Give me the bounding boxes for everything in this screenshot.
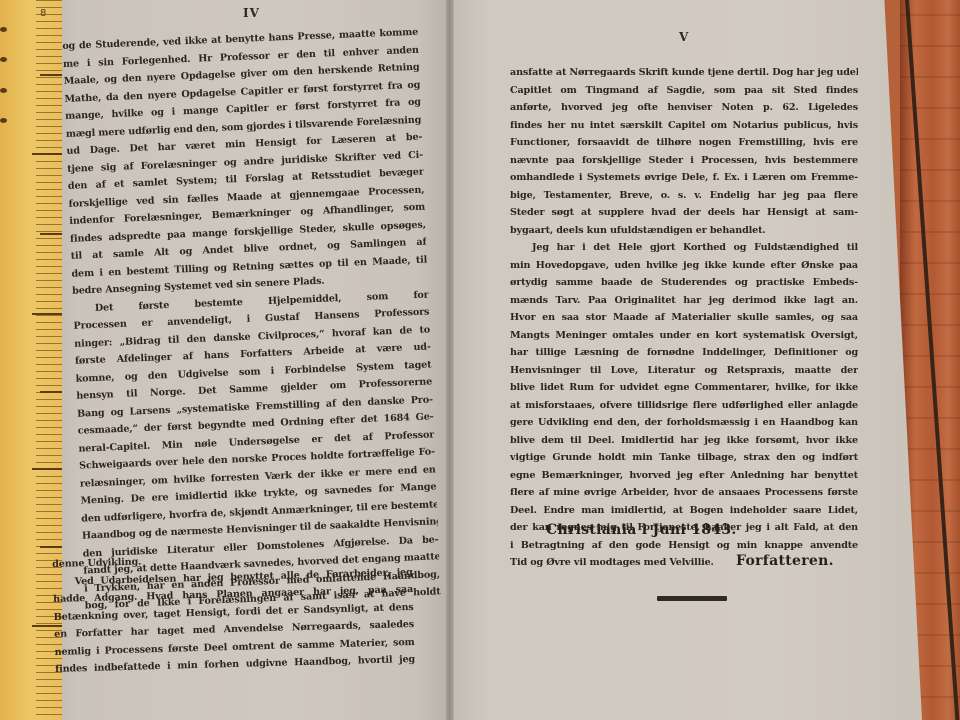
ruler-mark bbox=[32, 468, 62, 470]
ruler-dot bbox=[0, 57, 7, 62]
text-line: findes her nu intet særskilt Capitel om … bbox=[510, 117, 858, 135]
text-line: Capitlet om Tingmand af Sagdie, som paa … bbox=[510, 82, 858, 100]
ruler-mark bbox=[40, 391, 62, 393]
ruler-dot bbox=[0, 118, 7, 123]
text-line: Hvor en saa stor Maade af Materialier sk… bbox=[510, 309, 858, 327]
text-line: blive dem til Deel. Imidlertid har jeg i… bbox=[510, 432, 858, 450]
ruler-dot bbox=[0, 88, 7, 93]
text-line: anførte, hvorved jeg ofte henviser Noten… bbox=[510, 99, 858, 117]
ruler-dot bbox=[0, 27, 7, 32]
right-page-text: ansfatte at Nørregaards Skrift kunde tje… bbox=[510, 64, 858, 572]
page-number-v: V bbox=[679, 30, 689, 44]
text-line: ørtydig samme baade de Studerendes og pr… bbox=[510, 274, 858, 292]
text-line: Deel. Endre man imidlertid, at Bogen ind… bbox=[510, 502, 858, 520]
text-line: har tillige Læsning de fornødne Inddelin… bbox=[510, 344, 858, 362]
text-line: blive lidet Rum for udvidet egne Comment… bbox=[510, 379, 858, 397]
ruler-mark bbox=[40, 233, 62, 235]
ruler-mark bbox=[40, 74, 62, 76]
text-line: at misforstaaes, ofvere tillidsrige fler… bbox=[510, 397, 858, 415]
text-line: bygaart, deels kun ufuldstændigen er beh… bbox=[510, 222, 858, 240]
text-line: min Hovedopgave, uden hvilke jeg ikke ku… bbox=[510, 257, 858, 275]
ruler-mark bbox=[32, 153, 62, 155]
book-gutter bbox=[446, 0, 454, 720]
text-line: omhandlede i Systemets øvrige Dele, f. E… bbox=[510, 169, 858, 187]
ruler-number: 8 bbox=[40, 8, 46, 19]
page-number-iv: IV bbox=[243, 6, 260, 20]
text-line: Henvisninger til Love, Literatur og Rets… bbox=[510, 362, 858, 380]
left-page-text-block-1: og de Studerende, ved ikke at benytte ha… bbox=[62, 24, 441, 615]
text-line: flere af mine øvrige Arbeider, hvor de a… bbox=[510, 484, 858, 502]
ruler-mark bbox=[32, 313, 62, 315]
decorative-rule bbox=[657, 596, 727, 601]
signature-author: Forfatteren. bbox=[736, 553, 834, 569]
text-line: nævnte paa forskjellige Steder i Process… bbox=[510, 152, 858, 170]
text-line: bige, Testamenter, Breve, o. s. v. Endel… bbox=[510, 187, 858, 205]
text-line: Jeg har i det Hele gjort Korthed og Fuld… bbox=[510, 239, 858, 257]
text-line: ansfatte at Nørregaards Skrift kunde tje… bbox=[510, 64, 858, 82]
text-line: mænds Tarv. Paa Originalitet har jeg der… bbox=[510, 292, 858, 310]
text-line: gere Udvikling end den, der forholdsmæss… bbox=[510, 414, 858, 432]
text-line: i Betragtning af den gode Hensigt og min… bbox=[510, 537, 858, 555]
text-line: Steder søgt at supplere hvad der deels h… bbox=[510, 204, 858, 222]
left-page-text-block-2: denne Udvikling. Ved Udarbeidelsen har j… bbox=[52, 546, 415, 679]
text-line: egne Bemærkninger, hvorved jeg efter Anl… bbox=[510, 467, 858, 485]
text-line: Mangts Meninger omtales under en kort sy… bbox=[510, 327, 858, 345]
text-line: Functioner, forsaavidt de tilhøre nogen … bbox=[510, 134, 858, 152]
ruler-mark bbox=[40, 546, 62, 548]
signature-place-date: Christiania i Juni 1843. bbox=[546, 522, 737, 538]
text-line: vigtige Grunde holdt min Tanke tilbage, … bbox=[510, 449, 858, 467]
